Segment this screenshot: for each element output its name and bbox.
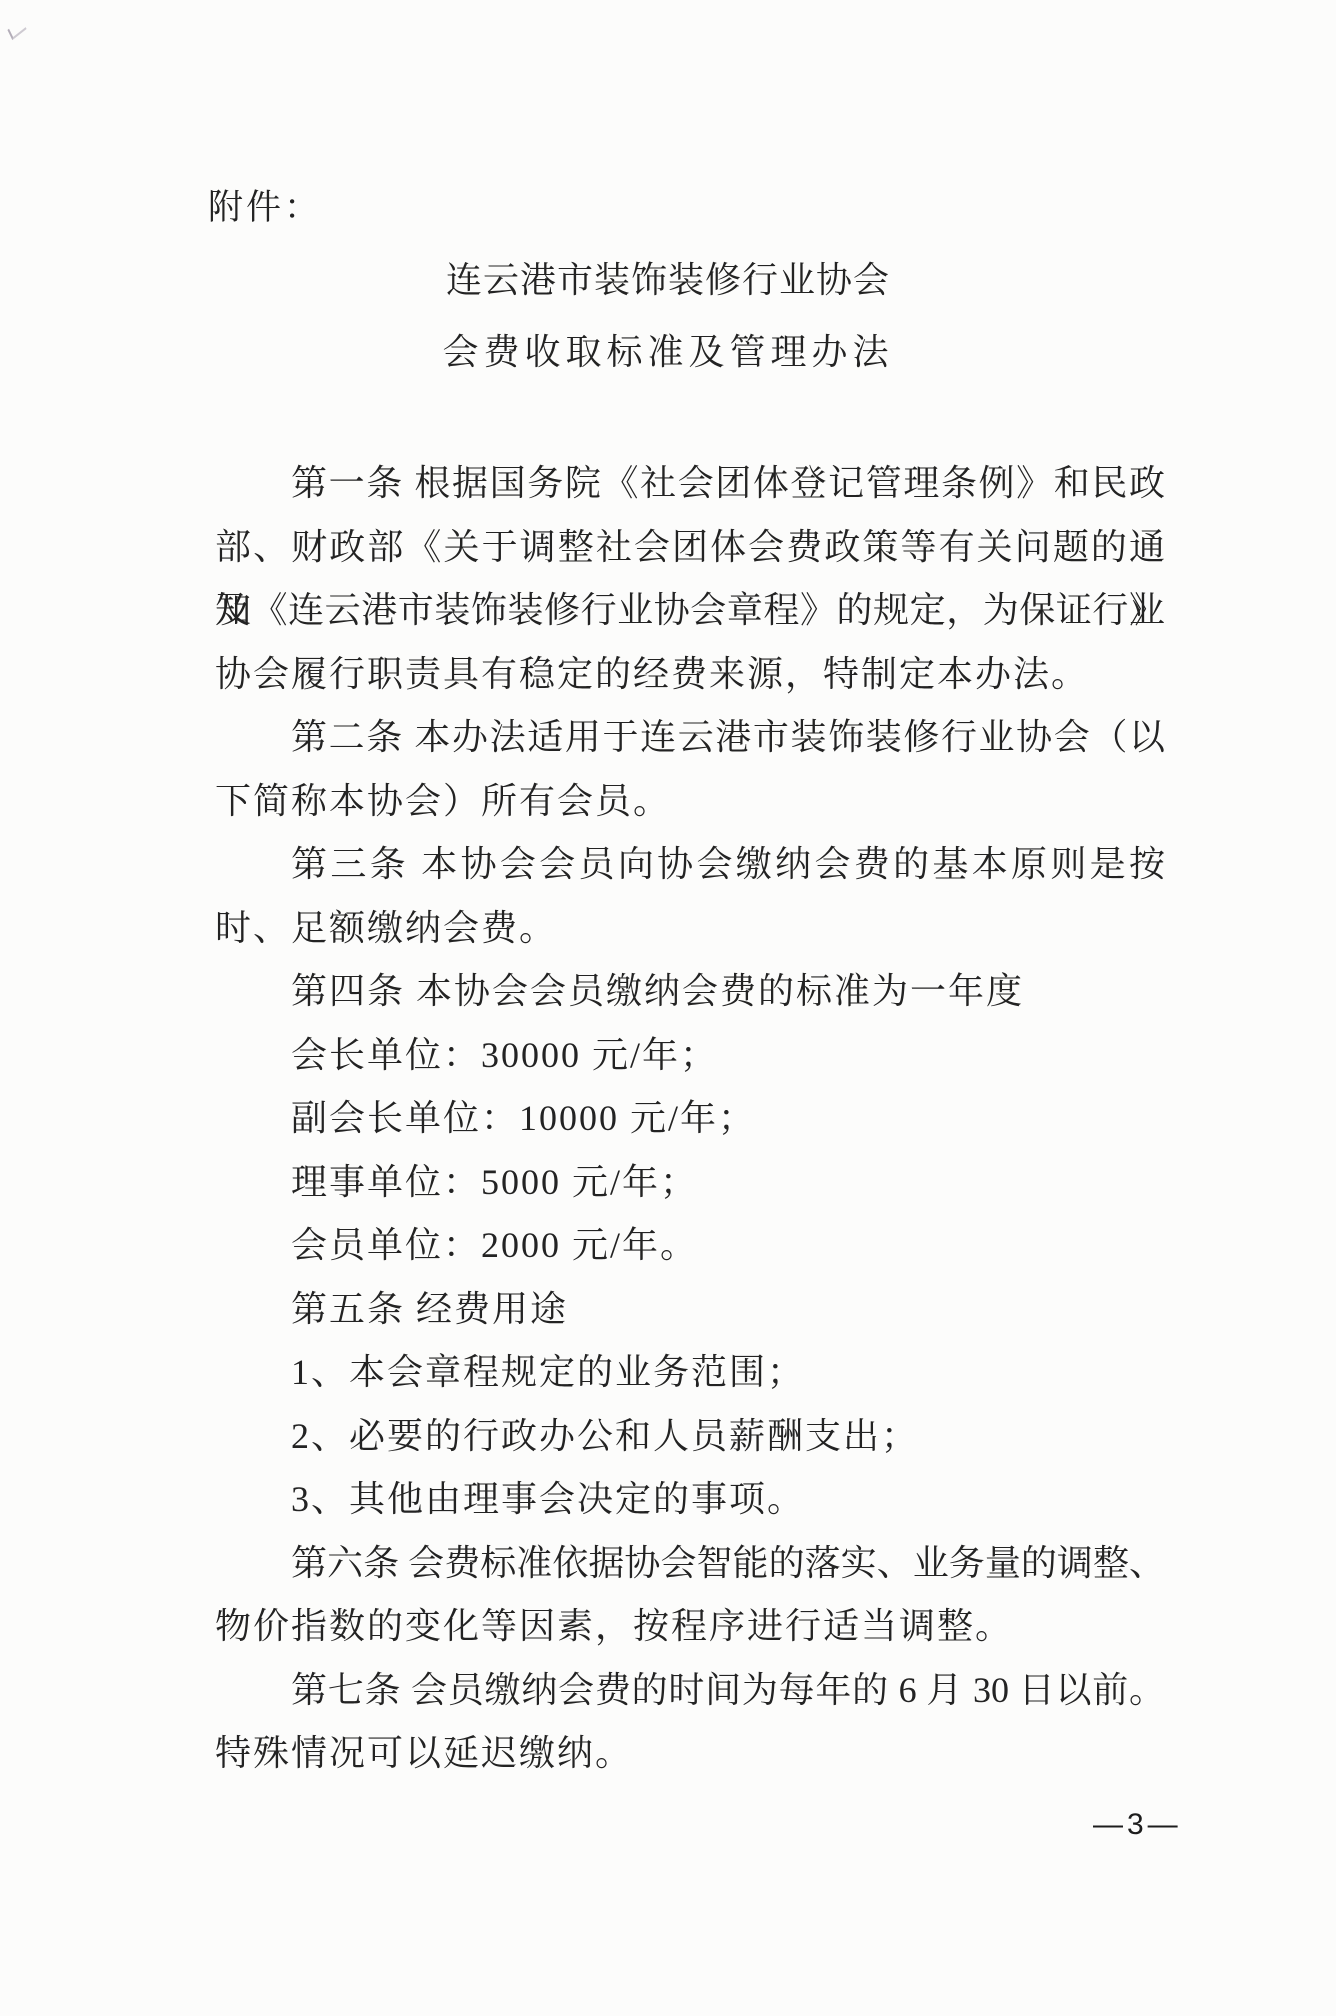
body-line: 副会长单位：10000 元/年； [215,1087,1165,1151]
scanned-document-page: 附件： 连云港市装饰装修行业协会 会费收取标准及管理办法 第一条 根据国务院《社… [0,0,1336,2016]
page-number: —3— [1093,1808,1182,1842]
body-line: 时、足额缴纳会费。 [215,897,1165,961]
attachment-label: 附件： [208,180,322,230]
body-line: 特殊情况可以延迟缴纳。 [215,1722,1165,1786]
body-line: 第四条 本协会会员缴纳会费的标准为一年度 [215,960,1165,1024]
body-line: 第一条 根据国务院《社会团体登记管理条例》和民政 [215,452,1165,516]
document-body: 第一条 根据国务院《社会团体登记管理条例》和民政 部、财政部《关于调整社会团体会… [215,452,1165,1786]
scan-noise-mark [7,19,26,40]
body-line: 1、本会章程规定的业务范围； [215,1341,1165,1405]
body-line: 理事单位：5000 元/年； [215,1151,1165,1215]
document-title: 连云港市装饰装修行业协会 [0,252,1336,303]
body-line: 2、必要的行政办公和人员薪酬支出； [215,1405,1165,1469]
body-line: 协会履行职责具有稳定的经费来源，特制定本办法。 [215,643,1165,707]
body-line: 第六条 会费标准依据协会智能的落实、业务量的调整、 [215,1532,1165,1596]
body-line: 第五条 经费用途 [215,1278,1165,1342]
body-line: 下简称本协会）所有会员。 [215,770,1165,834]
body-line: 及《连云港市装饰装修行业协会章程》的规定，为保证行业 [215,579,1165,643]
body-line: 3、其他由理事会决定的事项。 [215,1468,1165,1532]
body-line: 第七条 会员缴纳会费的时间为每年的 6 月 30 日以前。 [215,1659,1165,1723]
document-subtitle: 会费收取标准及管理办法 [0,324,1336,375]
body-line: 部、财政部《关于调整社会团体会费政策等有关问题的通知》 [215,516,1165,580]
body-line: 第二条 本办法适用于连云港市装饰装修行业协会（以 [215,706,1165,770]
body-line: 会员单位：2000 元/年。 [215,1214,1165,1278]
body-line: 会长单位：30000 元/年； [215,1024,1165,1088]
body-line: 第三条 本协会会员向协会缴纳会费的基本原则是按 [215,833,1165,897]
body-line: 物价指数的变化等因素，按程序进行适当调整。 [215,1595,1165,1659]
